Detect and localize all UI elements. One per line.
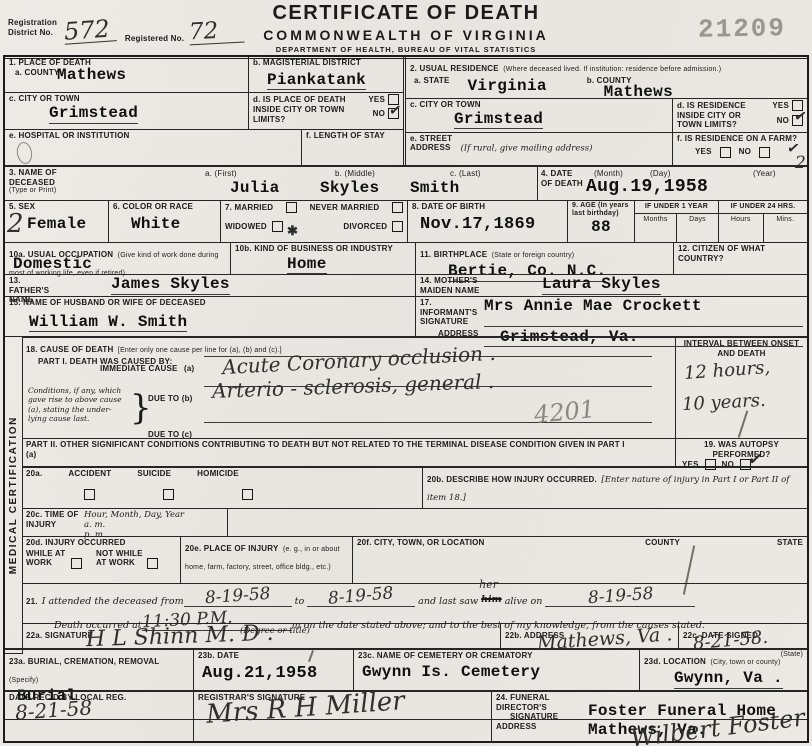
cause-c-line: 4201 (204, 422, 652, 423)
field-burial-location: 23d. LOCATION (City, town or county) (St… (639, 650, 807, 690)
handwritten-oval-mark (15, 141, 34, 165)
burial-location-note: (City, town or county) (710, 659, 780, 666)
field-business: 10b. KIND OF BUSINESS OR INDUSTRY Home (230, 243, 415, 274)
field-street-address: e. STREET ADDRESS (If rural, give mailin… (406, 133, 672, 166)
burial-date-value: Aug.21,1958 (202, 665, 349, 684)
field-sex: 5. SEX 2 Female (5, 201, 108, 242)
street-address-label: e. STREET ADDRESS (410, 134, 456, 153)
spouse-name-label: 15. NAME OF HUSBAND OR WIFE OF DECEASED (9, 298, 411, 308)
funeral-director-label: 24. FUNERAL DIRECTOR'S (496, 693, 588, 712)
spouse-name-value: William W. Smith (29, 314, 187, 333)
suicide-checkbox (163, 489, 174, 500)
field-injury-at-work: 20d. INJURY OCCURRED WHILE AT WORK NOT W… (22, 537, 180, 583)
her-handwritten: her (479, 579, 498, 590)
field-informant: 17. INFORMANT'S SIGNATURE Mrs Annie Mae … (415, 297, 807, 336)
field-time-of-injury: 20c. TIME OF INJURY Hour, Month, Day, Ye… (22, 509, 227, 536)
row-name-date: 3. NAME OF DECEASED (Type or Print) a. (… (5, 165, 807, 200)
field-age-under-1yr: IF UNDER 1 YEAR Months Days (634, 201, 718, 242)
mins-label: Mins. (763, 214, 808, 242)
cause-a-label: (a) (184, 364, 194, 374)
not-while-label-2: AT WORK (96, 558, 135, 569)
interval-column: INTERVAL BETWEEN ONSET AND DEATH 12 hour… (675, 338, 807, 438)
manner-label: 20a. (26, 469, 42, 479)
injury-county-label: COUNTY (582, 538, 743, 582)
middle-name-value: Skyles (320, 180, 379, 198)
last-name-label: c. (Last) (450, 169, 481, 179)
field-burial-date: 23b. DATE Aug.21,1958 (193, 650, 353, 690)
check-mark: ✓ (793, 108, 808, 125)
field-date-signed: 22c. DATE SIGNED 8-21-58. (678, 624, 807, 648)
burial-location-value: Gwynn, Va . (674, 670, 783, 689)
registered-no-label: Registered No. (125, 34, 184, 44)
field-residence-on-farm: f. IS RESIDENCE ON A FARM? YES NO ✓ 2 (672, 133, 807, 166)
usual-residence-note: (Where deceased lived. If institution: r… (503, 66, 721, 73)
date-of-birth-label: 8. DATE OF BIRTH (412, 202, 563, 212)
residence-city-label: c. CITY OR TOWN (410, 100, 668, 110)
describe-injury-label: 20b. DESCRIBE HOW INJURY OCCURRED. (427, 475, 597, 484)
while-at-work-checkbox (71, 558, 82, 569)
cause-c-pencil-mark: 4201 (533, 397, 596, 427)
farm-yes-checkbox (720, 147, 731, 158)
injury-state-label: STATE (743, 538, 803, 582)
burial-location-label: 23d. LOCATION (644, 657, 706, 666)
occupation-value: Domestic (13, 256, 92, 275)
residence-in-limits-label: d. IS RESIDENCE INSIDE CITY OR TOWN LIMI… (677, 100, 757, 131)
time-of-injury-label: 20c. TIME OF INJURY (26, 510, 84, 535)
residence-city-value: Grimstead (454, 111, 543, 130)
widowed-label: WIDOWED (225, 222, 267, 232)
never-married-checkbox (392, 202, 403, 213)
color-race-label: 6. COLOR OR RACE (113, 202, 216, 212)
burial-type-label: 23a. BURIAL, CREMATION, REMOVAL (9, 657, 159, 666)
page-title: CERTIFICATE OF DEATH (206, 2, 606, 25)
row-occupation: 10a. USUAL OCCUPATION (Give kind of work… (5, 242, 807, 274)
field-date-received: DATE REC'D BY LOCAL REG. 8-21-58 (5, 692, 193, 741)
residence-limits-no-label: NO (777, 116, 789, 126)
farm-no-label: NO (739, 147, 751, 158)
field-part2: PART II. OTHER SIGNIFICANT CONDITIONS CO… (22, 439, 675, 466)
section-place-of-death: 1. PLACE OF DEATH a. COUNTY Mathews b. M… (5, 57, 403, 165)
field-citizen: 12. CITIZEN OF WHAT COUNTRY? (673, 243, 807, 274)
field-death-in-limits: d. IS PLACE OF DEATH INSIDE CITY OR TOWN… (248, 93, 403, 128)
first-name-label: a. (First) (205, 169, 237, 179)
never-married-label: NEVER MARRIED (310, 203, 380, 213)
page-subtitle: COMMONWEALTH OF VIRGINIA (206, 27, 606, 43)
registration-district-value: 572 (64, 16, 118, 45)
interval-b-value: 10 years. (682, 392, 767, 414)
row-time-of-injury: 20c. TIME OF INJURY Hour, Month, Day, Ye… (22, 508, 807, 536)
field-physician-address: 22b. ADDRESS Mathews, Va . (500, 624, 678, 648)
married-label: 7. MARRIED (225, 203, 273, 213)
field-magisterial-district: b. MAGISTERIAL DISTRICT Piankatank (248, 57, 403, 92)
row-parents: 13. FATHER'S NAME James Skyles 14. MOTHE… (5, 274, 807, 296)
death-county-value: Mathews (57, 67, 244, 85)
farm-yes-label: YES (695, 147, 712, 158)
row-injury-place: 20d. INJURY OCCURRED WHILE AT WORK NOT W… (22, 536, 807, 583)
under-24hrs-label: IF UNDER 24 HRS. (719, 201, 807, 213)
medical-certification-label: MEDICAL CERTIFICATION (8, 416, 19, 574)
informant-signature-value: Mrs Annie Mae Crockett (484, 298, 803, 327)
autopsy-label: 19. WAS AUTOPSY PERFORMED? (680, 440, 803, 459)
row-physician: 22a. SIGNATURE (Degree or title) H L Shi… (22, 623, 807, 648)
father-name-label: 13. FATHER'S NAME (9, 276, 61, 295)
color-race-value: White (131, 216, 216, 234)
medical-certification-strip: MEDICAL CERTIFICATION (5, 336, 23, 654)
citizen-label: 12. CITIZEN OF WHAT COUNTRY? (678, 244, 768, 263)
pencil-slash-mark (738, 410, 748, 437)
check-mark: ✓ (388, 103, 403, 120)
row-registrar-funeral: DATE REC'D BY LOCAL REG. 8-21-58 REGISTR… (5, 690, 807, 741)
mother-name-label: 14. MOTHER'S MAIDEN NAME (420, 276, 482, 295)
divorced-label: DIVORCED (343, 222, 387, 232)
residence-limits-yes-label: YES (772, 101, 789, 111)
length-of-stay-label: f. LENGTH OF STAY (306, 131, 399, 141)
field-place-of-injury: 20e. PLACE OF INJURY (e. g., in or about… (180, 537, 352, 583)
field-registrar-signature: REGISTRAR'S SIGNATURE Mrs R H Miller (193, 692, 491, 741)
field-color-race: 6. COLOR OR RACE White (108, 201, 220, 242)
row-burial: 23a. BURIAL, CREMATION, REMOVAL (Specify… (5, 648, 807, 690)
residence-state-label: a. STATE (414, 76, 450, 102)
certificate-form: MEDICAL CERTIFICATION 1. PLACE OF DEATH … (3, 55, 809, 743)
field-age: 9. AGE (In years last birthday) 88 (567, 201, 634, 242)
death-year-label: (Year) (753, 169, 776, 179)
field-marital-status: 7. MARRIED NEVER MARRIED WIDOWED ✱ DIVOR… (220, 201, 407, 242)
attended-from-value: 8-19-58 (204, 586, 271, 608)
field-father-name: 13. FATHER'S NAME James Skyles (5, 275, 415, 296)
field-age-under-24hrs: IF UNDER 24 HRS. Hours Mins. (718, 201, 807, 242)
while-at-work-label-2: WORK (26, 558, 52, 569)
row-manner-injury: 20a. ACCIDENT SUICIDE HOMICIDE 20b. DESC… (22, 466, 807, 508)
middle-name-label: b. (Middle) (335, 169, 375, 179)
residence-on-farm-label: f. IS RESIDENCE ON A FARM? (677, 134, 803, 144)
last-name-value: Smith (410, 180, 460, 198)
field-residence-city: c. CITY OR TOWN Grimstead (406, 99, 672, 132)
row-sex-race-age: 5. SEX 2 Female 6. COLOR OR RACE White 7… (5, 200, 807, 242)
registration-district-label: Registration District No. (8, 18, 60, 37)
death-city-value: Grimstead (49, 105, 138, 124)
mother-name-value: Laura Skyles (542, 276, 661, 295)
field-physician-signature: 22a. SIGNATURE (Degree or title) H L Shi… (22, 624, 500, 648)
sex-value: Female (27, 216, 104, 234)
attendance-text-2: and last saw (418, 596, 478, 607)
field-mother-name: 14. MOTHER'S MAIDEN NAME Laura Skyles (415, 275, 807, 296)
while-at-work-label-1: WHILE AT (26, 549, 82, 559)
immediate-cause-label: IMMEDIATE CAUSE (100, 364, 178, 374)
physician-signature-value: H L Shinn M. D . (86, 623, 274, 652)
field-attendance: 21. I attended the deceased from 8-19-58… (22, 584, 807, 623)
date-of-birth-value: Nov.17,1869 (420, 216, 563, 235)
section-usual-residence: 2. USUAL RESIDENCE (Where deceased lived… (403, 57, 807, 165)
death-in-limits-label: d. IS PLACE OF DEATH INSIDE CITY OR TOWN… (253, 94, 355, 127)
age-label: 9. AGE (In years last birthday) (572, 202, 630, 219)
business-value: Home (287, 256, 327, 275)
attended-to-value: 8-19-58 (328, 585, 395, 608)
cause-b-line: Arterio - sclerosis, general . (204, 386, 652, 387)
name-of-deceased-note: (Type or Print) (9, 187, 101, 195)
farm-no-checkbox (759, 147, 770, 158)
informant-signature-label: 17. INFORMANT'S SIGNATURE (420, 298, 484, 327)
field-death-city: c. CITY OR TOWN Grimstead (5, 93, 248, 128)
death-limits-yes-label: YES (368, 95, 385, 105)
not-while-label-1: NOT WHILE (96, 549, 158, 559)
place-of-death-label: 1. PLACE OF DEATH (9, 58, 244, 68)
injury-occurred-label: 20d. INJURY OCCURRED (26, 538, 176, 548)
attendance-number: 21. (26, 597, 38, 607)
widowed-checkbox (272, 221, 283, 232)
him-word-struck: him (481, 594, 502, 605)
field-length-of-stay: f. LENGTH OF STAY (301, 130, 403, 165)
time-of-injury-blank (227, 509, 807, 536)
part2-label: PART II. OTHER SIGNIFICANT CONDITIONS CO… (26, 440, 636, 459)
injury-city-label: 20f. CITY, TOWN, OR LOCATION (357, 538, 582, 582)
field-date-of-death: 4. DATE OF DEATH (Month) (Day) (Year) Au… (537, 167, 807, 200)
death-limits-no-label: NO (373, 109, 385, 119)
widowed-mark: ✱ (287, 225, 298, 238)
first-name-value: Julia (230, 180, 280, 198)
burial-state-note: (State) (781, 651, 803, 669)
cemetery-label: 23c. NAME OF CEMETERY OR CREMATORY (358, 651, 635, 661)
months-label: Months (635, 214, 676, 242)
field-death-county: 1. PLACE OF DEATH a. COUNTY Mathews (5, 57, 248, 92)
accident-label: ACCIDENT (68, 469, 111, 479)
burial-type-note: (Specify) (9, 677, 38, 684)
married-checkbox (286, 202, 297, 213)
field-injury-location: 20f. CITY, TOWN, OR LOCATION COUNTY STAT… (352, 537, 807, 583)
age-value: 88 (572, 219, 630, 237)
last-seen-value: 8-19-58 (587, 586, 654, 608)
name-of-deceased-label: 3. NAME OF DECEASED (9, 168, 101, 187)
death-city-label: c. CITY OR TOWN (9, 94, 244, 104)
field-funeral-director: 24. FUNERAL DIRECTOR'S SIGNATURE Foster … (491, 692, 807, 741)
am-label: a. m. (84, 520, 184, 530)
date-received-value: 8-21-58 (14, 697, 92, 722)
homicide-checkbox (242, 489, 253, 500)
usual-residence-label: 2. USUAL RESIDENCE (410, 64, 499, 73)
document-header: CERTIFICATE OF DEATH COMMONWEALTH OF VIR… (206, 2, 606, 54)
cause-of-death-label: 18. CAUSE OF DEATH (26, 345, 113, 354)
cause-a-line: Acute Coronary occlusion . (204, 356, 652, 357)
divorced-checkbox (392, 221, 403, 232)
field-manner-of-death: 20a. ACCIDENT SUICIDE HOMICIDE (22, 468, 422, 508)
field-describe-injury: 20b. DESCRIBE HOW INJURY OCCURRED. [Ente… (422, 468, 807, 508)
row-spouse-informant: 15. NAME OF HUSBAND OR WIFE OF DECEASED … (5, 296, 807, 336)
department-line: DEPARTMENT OF HEALTH, BUREAU OF VITAL ST… (206, 45, 606, 54)
place-of-injury-label: 20e. PLACE OF INJURY (185, 544, 279, 553)
field-residence-in-limits: d. IS RESIDENCE INSIDE CITY OR TOWN LIMI… (672, 99, 807, 132)
attendance-text-3: alive on (505, 596, 543, 607)
accident-checkbox (84, 489, 95, 500)
street-address-note: (If rural, give mailing address) (460, 143, 592, 153)
magisterial-district-label: b. MAGISTERIAL DISTRICT (253, 58, 399, 68)
certificate-number-stamp: 21209 (698, 13, 787, 45)
field-hospital: e. HOSPITAL OR INSTITUTION (5, 130, 301, 165)
field-occupation: 10a. USUAL OCCUPATION (Give kind of work… (5, 243, 230, 274)
date-of-death-label: 4. DATE OF DEATH (541, 169, 585, 188)
homicide-label: HOMICIDE (197, 469, 239, 479)
due-to-b-label: DUE TO (b) (148, 394, 193, 404)
name-of-deceased-values: a. (First) b. (Middle) c. (Last) Julia S… (105, 167, 537, 200)
business-label: 10b. KIND OF BUSINESS OR INDUSTRY (235, 244, 411, 254)
burial-date-label: 23b. DATE (198, 651, 349, 661)
row-part2-autopsy: PART II. OTHER SIGNIFICANT CONDITIONS CO… (22, 438, 807, 466)
hours-label: Hours (719, 214, 763, 242)
row-attendance: 21. I attended the deceased from 8-19-58… (22, 583, 807, 623)
field-burial-type: 23a. BURIAL, CREMATION, REMOVAL (Specify… (5, 650, 193, 690)
not-while-checkbox (147, 558, 158, 569)
date-of-death-value: Aug.19,1958 (586, 178, 708, 198)
birthplace-note: (State or foreign country) (492, 252, 575, 259)
magisterial-district-value: Piankatank (267, 72, 366, 91)
suicide-label: SUICIDE (137, 469, 171, 479)
attendance-text-1: I attended the deceased from (42, 596, 184, 607)
under-1yr-label: IF UNDER 1 YEAR (635, 201, 718, 213)
field-spouse-name: 15. NAME OF HUSBAND OR WIFE OF DECEASED … (5, 297, 415, 336)
physician-signature-label: 22a. SIGNATURE (26, 631, 93, 640)
row-cause-of-death: 18. CAUSE OF DEATH [Enter only one cause… (22, 336, 807, 438)
hospital-label: e. HOSPITAL OR INSTITUTION (9, 131, 297, 141)
interval-a-value: 12 hours, (683, 359, 770, 383)
sex-handwritten-mark: 2 (7, 211, 24, 237)
field-date-of-birth: 8. DATE OF BIRTH Nov.17,1869 (407, 201, 567, 242)
name-of-deceased-labels: 3. NAME OF DECEASED (Type or Print) (5, 167, 105, 200)
days-label: Days (676, 214, 718, 242)
row-place-residence: 1. PLACE OF DEATH a. COUNTY Mathews b. M… (5, 57, 807, 165)
interval-header: INTERVAL BETWEEN ONSET AND DEATH (680, 339, 803, 358)
time-of-injury-note: Hour, Month, Day, Year (84, 510, 184, 520)
field-residence-state-county: 2. USUAL RESIDENCE (Where deceased lived… (406, 57, 807, 98)
attendance-to-label: to (295, 596, 305, 607)
birthplace-label: 11. BIRTHPLACE (420, 250, 487, 259)
father-name-value: James Skyles (111, 276, 230, 295)
field-autopsy: 19. WAS AUTOPSY PERFORMED? YES NO ✓ (675, 439, 807, 466)
section-cause-of-death: 18. CAUSE OF DEATH [Enter only one cause… (22, 338, 675, 438)
field-cemetery: 23c. NAME OF CEMETERY OR CREMATORY Gwynn… (353, 650, 639, 690)
conditions-note: Conditions, if any, which gave rise to a… (28, 386, 132, 424)
field-birthplace: 11. BIRTHPLACE (State or foreign country… (415, 243, 673, 274)
funeral-address-label: ADDRESS (496, 722, 588, 740)
cemetery-value: Gwynn Is. Cemetery (362, 664, 635, 682)
